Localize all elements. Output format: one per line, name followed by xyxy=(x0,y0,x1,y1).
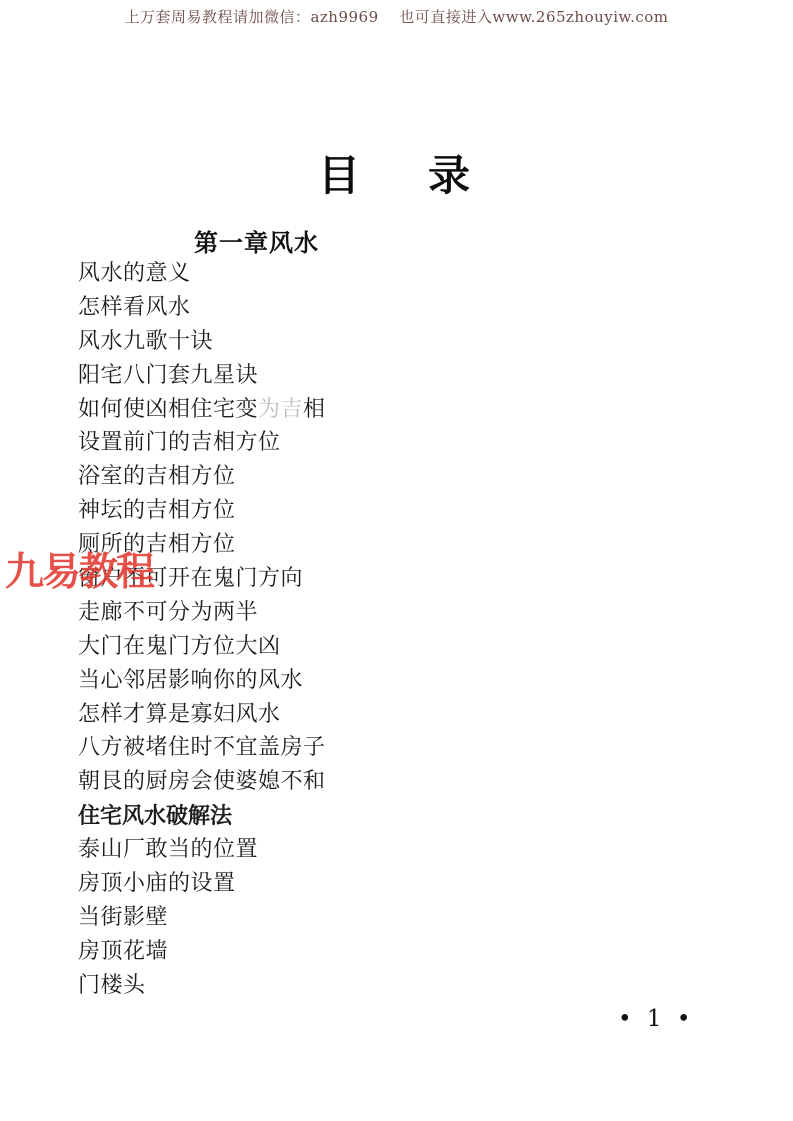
toc-item: 房顶小庙的设置 xyxy=(78,867,678,901)
promo-header-text: 上万套周易教程请加微信：azh9969 也可直接进入www.265zhouyiw… xyxy=(0,6,793,27)
chapter-heading: 第一章风水 xyxy=(194,223,319,258)
toc-item: 风水九歌十诀 xyxy=(78,325,678,359)
toc-item-bold: 住宅风水破解法 xyxy=(78,799,678,833)
toc-item: 大门在鬼门方位大凶 xyxy=(78,630,678,664)
scanned-book-page: 上万套周易教程请加微信：azh9969 也可直接进入www.265zhouyiw… xyxy=(0,0,793,1121)
toc-item: 朝艮的厨房会使婆媳不和 xyxy=(78,765,678,799)
toc-item: 阳宅八门套九星诀 xyxy=(78,359,678,393)
red-watermark: 九易教程 xyxy=(5,541,153,597)
toc-item-faded-text: 为吉 xyxy=(258,397,303,422)
toc-item: 风水的意义 xyxy=(78,257,678,291)
toc-item: 当心邻居影响你的风水 xyxy=(78,664,678,698)
toc-item: 走廊不可分为两半 xyxy=(78,596,678,630)
page-number: • 1 • xyxy=(618,1006,694,1032)
toc-item: 当街影壁 xyxy=(78,901,678,935)
toc-item-text: 相 xyxy=(303,397,326,422)
toc-item: 浴室的吉相方位 xyxy=(78,460,678,494)
page-title: 目 录 xyxy=(318,143,483,203)
toc-item: 设置前门的吉相方位 xyxy=(78,426,678,460)
toc-item: 如何使凶相住宅变为吉相 xyxy=(78,393,678,427)
toc-item: 神坛的吉相方位 xyxy=(78,494,678,528)
toc-item: 门楼头 xyxy=(78,969,678,1003)
toc-item: 房顶花墙 xyxy=(78,935,678,969)
toc-item: 厕所的吉相方位 xyxy=(78,528,678,562)
toc-item: 怎样看风水 xyxy=(78,291,678,325)
toc-item: 窗户不可开在鬼门方向 xyxy=(78,562,678,596)
toc-item: 泰山厂敢当的位置 xyxy=(78,833,678,867)
toc-list: 风水的意义 怎样看风水 风水九歌十诀 阳宅八门套九星诀 如何使凶相住宅变为吉相 … xyxy=(78,257,678,1003)
toc-item: 八方被堵住时不宜盖房子 xyxy=(78,731,678,765)
toc-item-text: 如何使凶相住宅变 xyxy=(78,397,258,422)
toc-item: 怎样才算是寡妇风水 xyxy=(78,698,678,732)
